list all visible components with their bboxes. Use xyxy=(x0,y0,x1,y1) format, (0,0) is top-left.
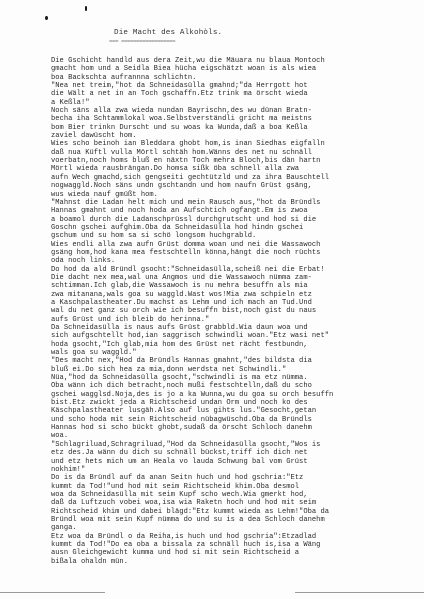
text-line: daß nua Küftl vulla Mörtl schtäh hom.Wän… xyxy=(51,149,391,157)
text-line: "Des macht nex,"Hod da Bründls Hannas gm… xyxy=(51,357,391,365)
text-line: Richtscheid khim und dabei blägd:"Etz ku… xyxy=(51,508,391,516)
text-line: zwa mitanana,wals goa su waggld.Wast wos… xyxy=(51,291,391,299)
text-line: "Schlagriluad,Schragriluad,"Hod da Schne… xyxy=(51,441,391,449)
bottom-edge-rule-left xyxy=(0,592,105,593)
text-line: Nüa,"hod da Schneidasülla gsocht,"schwin… xyxy=(51,374,391,382)
ink-speck xyxy=(85,6,87,11)
text-line: "Nea net treim,"hot da Schneidasülla gma… xyxy=(51,82,391,90)
text-line: "Mahnst die Ladan helt mich und mein Rau… xyxy=(51,199,391,207)
text-line: kummt da Tod!"und hod mit seim Richtsche… xyxy=(51,483,391,491)
text-line: a Keßla!" xyxy=(51,99,391,107)
text-line: becha iha Schtammlokal woa.Selbstverstän… xyxy=(51,115,391,123)
text-line: oda noch links. xyxy=(51,257,391,265)
text-line: bom Bier trinkn Durscht und su woas ka W… xyxy=(51,124,391,132)
text-line: gschum und su hom sa si schö longsom huc… xyxy=(51,232,391,240)
text-line: Mörtl wieda rausbrängan.Do homsa sißk öb… xyxy=(51,165,391,173)
text-line: Hannas gmahnt und noch hoda an Aufschtic… xyxy=(51,207,391,215)
text-line: Do is da Bründl auf da anan Seitn huch u… xyxy=(51,474,391,482)
text-line: sich aufgschtellt hod,ian saggrisch schw… xyxy=(51,332,391,340)
text-line: aufn Wech gmachd,sich gengseiti gechtütz… xyxy=(51,174,391,182)
text-line: etz des.Ja wänn du dich su schnäll bücks… xyxy=(51,449,391,457)
text-line: Die dacht nex mea,wal una Angmos und die… xyxy=(51,274,391,282)
text-line: Etz woa da Bründl o da Reiha,is huch und… xyxy=(51,533,391,541)
typewritten-page: Die Macht des Alkohòls. === ============… xyxy=(0,0,424,599)
text-line: Goschn gschei aufghim.Oba da Schneidasül… xyxy=(51,224,391,232)
text-line: Da Schneidasülla is naus aufs Grüst grab… xyxy=(51,324,391,332)
text-line: Die Gschicht handld aus dera Zeit,wu die… xyxy=(51,57,391,65)
text-line: voerbatn,noch homs bluß en näxtn Toch me… xyxy=(51,157,391,165)
title-underline: === ================== xyxy=(109,38,175,45)
text-line: gmacht hom und a Seidla Biea hücha eigsc… xyxy=(51,65,391,73)
text-line: Bründl woa mit sein Kupf nümma do und su… xyxy=(51,516,391,524)
text-line: daß da Luftzuch vobei woa,isa wia Raketn… xyxy=(51,499,391,507)
text-line: ganga. xyxy=(51,524,391,532)
text-line: schtimman.Ich glab,die Wassawoch is nu m… xyxy=(51,282,391,290)
text-line: Hannas hod si scho bückt ghobt,sudaß da … xyxy=(51,424,391,432)
text-line: Noch säns alla zwa wieda nundan Bayrisch… xyxy=(51,107,391,115)
text-line: a boamol durch die Ladanschprüssl durchg… xyxy=(51,216,391,224)
text-line: gschei wagglsd.Noja,des is jo a ka Wunna… xyxy=(51,391,391,399)
text-line: bluß ei.Do sich hea za mia,donn werdsta … xyxy=(51,366,391,374)
text-line: Wies scho beinoh ian Bleddara ghobt hom,… xyxy=(51,140,391,148)
text-line: nogwaggld.Noch säns undn gschtandn und h… xyxy=(51,182,391,190)
text-line: boa Backschta aufrannna schlichtn. xyxy=(51,74,391,82)
document-body: Die Gschicht handld aus dera Zeit,wu die… xyxy=(51,57,391,566)
text-line: Wies endli alla zwa aufn Grüst domma woa… xyxy=(51,241,391,249)
text-line: bist.Etz zwickt jeda a Richtscheid undan… xyxy=(51,399,391,407)
text-line: woa. xyxy=(51,432,391,440)
text-line: a Kaschpalastheater.Du machst as Lehm un… xyxy=(51,299,391,307)
text-line: und scho hoda mit sein Richtscheid nübag… xyxy=(51,416,391,424)
ink-speck xyxy=(45,16,48,20)
text-line: Käschpalastheater lusgäh.Also auf lus gi… xyxy=(51,407,391,415)
document-title: Die Macht des Alkohòls. xyxy=(114,29,222,37)
text-line: kummt da Tod!"Do ea oba a bissala za sch… xyxy=(51,541,391,549)
text-line: wal du net ganz su orch wie ich besuffn … xyxy=(51,307,391,315)
text-line: ausn Gleichgewicht kumma und hod si mit … xyxy=(51,549,391,557)
bottom-edge-rule-right xyxy=(295,592,424,593)
text-line: gsäng hom,hod kana mea festschtelln könn… xyxy=(51,249,391,257)
text-line: und etz hets mich um an Heala vo lauda S… xyxy=(51,458,391,466)
text-line: Do hod da ald Bründl gsocht:"Schneidasül… xyxy=(51,266,391,274)
text-line: wus wieda nauf gmüßt hom. xyxy=(51,191,391,199)
text-line: nokhim!" xyxy=(51,466,391,474)
text-line: wals goa su waggld." xyxy=(51,349,391,357)
text-line: bißala ohaldn mün. xyxy=(51,558,391,566)
text-line: Oba wänn ich dich betracht,noch mußi fes… xyxy=(51,382,391,390)
text-line: hoda gsocht,"Ich glab,mia hom des Grüst … xyxy=(51,341,391,349)
text-line: die Wält a net in an Toch gschaffn.Etz t… xyxy=(51,90,391,98)
text-line: aufs Grüst und ich bleib do herinna." xyxy=(51,316,391,324)
text-line: woa da Schneidasülla mit seim Kupf scho … xyxy=(51,491,391,499)
text-line: zaviel dawüscht hom. xyxy=(51,132,391,140)
